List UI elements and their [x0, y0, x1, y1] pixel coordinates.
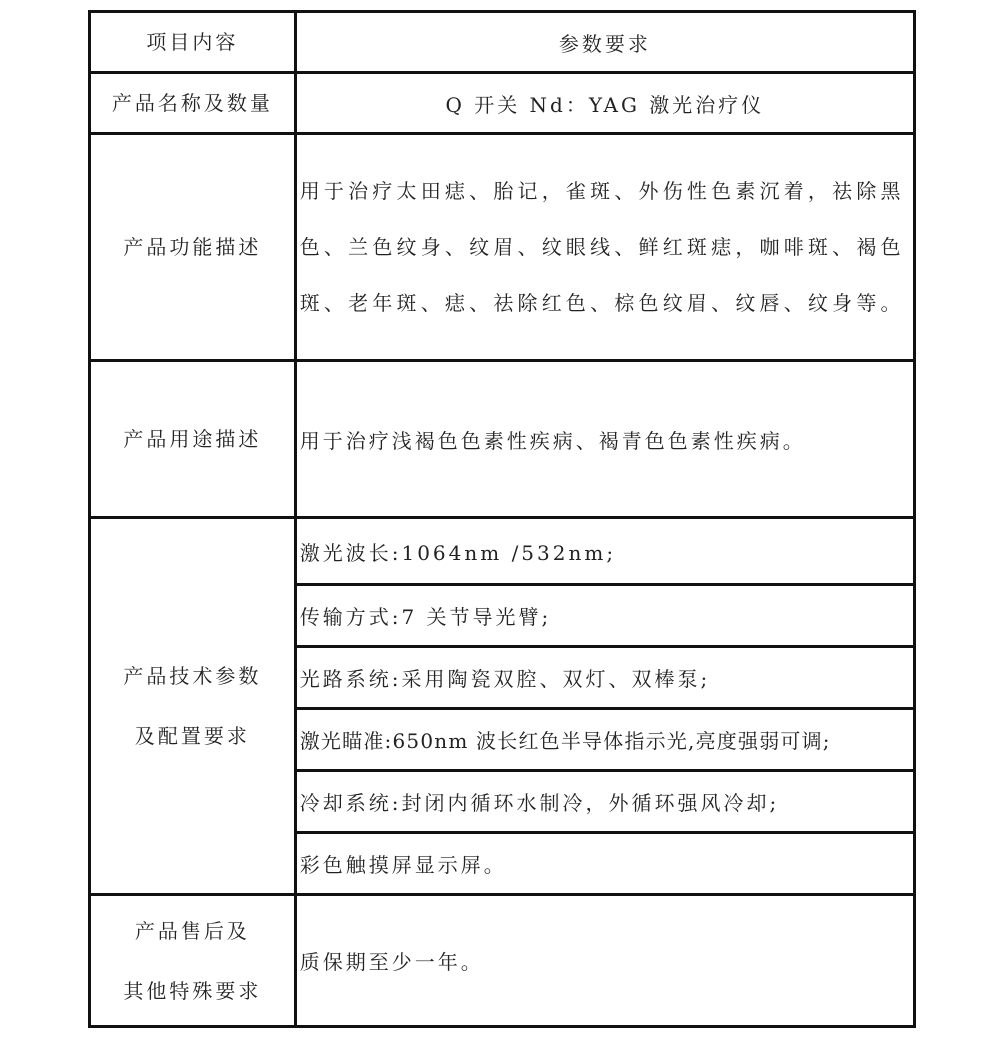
- after-sales-label-line-2: 其他特殊要求: [91, 961, 294, 1021]
- table-row-product-name: 产品名称及数量 Q 开关 Nd：YAG 激光治疗仪: [90, 73, 915, 134]
- usage-label: 产品用途描述: [90, 361, 296, 518]
- product-name-label: 产品名称及数量: [90, 73, 296, 134]
- product-name-value: Q 开关 Nd：YAG 激光治疗仪: [295, 73, 914, 134]
- tech-params-label-line-1: 产品技术参数: [91, 646, 294, 706]
- header-parameter-requirements: 参数要求: [295, 12, 914, 73]
- header-item-content: 项目内容: [90, 12, 296, 73]
- function-label: 产品功能描述: [90, 134, 296, 361]
- usage-value: 用于治疗浅褐色色素性疾病、褐青色色素性疾病。: [295, 361, 914, 518]
- tech-param-cooling: 冷却系统:封闭内循环水制冷，外循环强风冷却;: [295, 771, 914, 833]
- function-value-cell: 用于治疗太田痣、胎记，雀斑、外伤性色素沉着，祛除黑色、兰色纹身、纹眉、纹眼线、鲜…: [295, 134, 914, 361]
- table-row-tech-param: 产品技术参数 及配置要求 激光波长:1064nm /532nm;: [90, 518, 915, 585]
- after-sales-value: 质保期至少一年。: [295, 895, 914, 1027]
- tech-param-transmission: 传输方式:7 关节导光臂;: [295, 585, 914, 647]
- tech-param-optical-system: 光路系统:采用陶瓷双腔、双灯、双棒泵;: [295, 647, 914, 709]
- tech-param-aiming: 激光瞄准:650nm 波长红色半导体指示光,亮度强弱可调;: [295, 709, 914, 771]
- table-row-function: 产品功能描述 用于治疗太田痣、胎记，雀斑、外伤性色素沉着，祛除黑色、兰色纹身、纹…: [90, 134, 915, 361]
- after-sales-label: 产品售后及 其他特殊要求: [90, 895, 296, 1027]
- tech-param-display: 彩色触摸屏显示屏。: [295, 833, 914, 895]
- table-row-after-sales: 产品售后及 其他特殊要求 质保期至少一年。: [90, 895, 915, 1027]
- tech-params-label: 产品技术参数 及配置要求: [90, 518, 296, 895]
- function-value: 用于治疗太田痣、胎记，雀斑、外伤性色素沉着，祛除黑色、兰色纹身、纹眉、纹眼线、鲜…: [300, 163, 913, 331]
- tech-param-laser-wavelength: 激光波长:1064nm /532nm;: [295, 518, 914, 585]
- table-header-row: 项目内容 参数要求: [90, 12, 915, 73]
- table-row-usage: 产品用途描述 用于治疗浅褐色色素性疾病、褐青色色素性疾病。: [90, 361, 915, 518]
- after-sales-label-line-1: 产品售后及: [91, 901, 294, 961]
- specification-table: 项目内容 参数要求 产品名称及数量 Q 开关 Nd：YAG 激光治疗仪 产品功能…: [88, 10, 916, 1028]
- tech-params-label-line-2: 及配置要求: [91, 706, 294, 766]
